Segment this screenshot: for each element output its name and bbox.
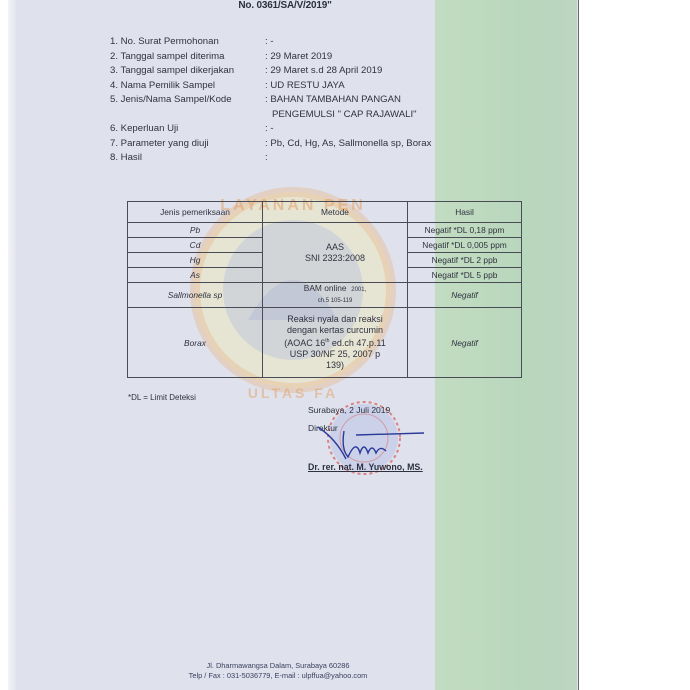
cell-hasil: Negatif *DL 2 ppb bbox=[408, 253, 522, 268]
table-row: Borax Reaksi nyala dan reaksi dengan ker… bbox=[128, 308, 522, 378]
method-line: Reaksi nyala dan reaksi bbox=[265, 314, 405, 325]
page-footer: Jl. Dharmawangsa Dalam, Surabaya 60286 T… bbox=[8, 661, 548, 680]
info-label: 2. Tanggal sampel diterima bbox=[110, 50, 224, 65]
info-value: : bbox=[265, 151, 268, 166]
table-row: Pb AAS SNI 2323:2008 Negatif *DL 0,18 pp… bbox=[128, 223, 522, 238]
info-label: 5. Jenis/Nama Sampel/Kode bbox=[110, 93, 232, 108]
cell-jenis: Borax bbox=[128, 308, 263, 378]
cell-jenis: Hg bbox=[128, 253, 263, 268]
info-label: 6. Keperluan Uji bbox=[110, 122, 178, 137]
info-value: : 29 Maret s.d 28 April 2019 bbox=[265, 64, 382, 79]
info-value: : - bbox=[265, 122, 274, 137]
method-bam: BAM online bbox=[304, 283, 347, 293]
cell-jenis: Sallmonella sp bbox=[128, 283, 263, 308]
info-label: 8. Hasil bbox=[110, 151, 142, 166]
info-value: : UD RESTU JAYA bbox=[265, 79, 345, 94]
page-edge bbox=[8, 0, 16, 690]
cell-hasil: Negatif *DL 5 ppb bbox=[408, 268, 522, 283]
method-line: (AOAC 16th ed.ch 47.p.11 bbox=[265, 336, 405, 349]
method-bam-chapter: ch.5 105-119 bbox=[265, 296, 405, 307]
cell-jenis: Pb bbox=[128, 223, 263, 238]
cell-metode: Reaksi nyala dan reaksi dengan kertas cu… bbox=[263, 308, 408, 378]
info-value: : - bbox=[265, 35, 274, 50]
info-label: 4. Nama Pemilik Sampel bbox=[110, 79, 215, 94]
signature-city-date: Surabaya, 2 Juli 2019 bbox=[308, 405, 390, 415]
footnote: *DL = Limit Deteksi bbox=[128, 393, 196, 402]
header-metode: Metode bbox=[263, 202, 408, 223]
document-number: No. 0361/SA/V/2019" bbox=[0, 0, 570, 11]
cell-hasil: Negatif bbox=[408, 308, 522, 378]
header-jenis: Jenis pemeriksaan bbox=[128, 202, 263, 223]
cell-hasil: Negatif *DL 0,005 ppm bbox=[408, 238, 522, 253]
results-table: Jenis pemeriksaan Metode Hasil Pb AAS SN… bbox=[127, 201, 522, 378]
cell-hasil: Negatif *DL 0,18 ppm bbox=[408, 223, 522, 238]
footer-address: Jl. Dharmawangsa Dalam, Surabaya 60286 bbox=[8, 661, 548, 671]
signatory-name: Dr. rer. nat. M. Yuwono, MS. bbox=[308, 462, 423, 472]
info-value: PENGEMULSI " CAP RAJAWALI" bbox=[272, 108, 417, 123]
method-sni: SNI 2323:2008 bbox=[265, 253, 405, 264]
info-label: 7. Parameter yang diuji bbox=[110, 137, 209, 152]
info-label: 1. No. Surat Permohonan bbox=[110, 35, 219, 50]
method-line: USP 30/NF 25, 2007 p bbox=[265, 349, 405, 360]
method-aas: AAS bbox=[265, 242, 405, 253]
method-line: dengan kertas curcumin bbox=[265, 325, 405, 336]
footer-contact: Telp / Fax : 031-5036779, E-mail : ulpff… bbox=[8, 671, 548, 681]
info-label: 3. Tanggal sampel dikerjakan bbox=[110, 64, 234, 79]
table-row: Sallmonella sp BAM online 2001, ch.5 105… bbox=[128, 283, 522, 308]
info-value: : BAHAN TAMBAHAN PANGAN bbox=[265, 93, 401, 108]
method-bam-year: 2001, bbox=[351, 287, 366, 293]
info-value: : 29 Maret 2019 bbox=[265, 50, 332, 65]
table-header-row: Jenis pemeriksaan Metode Hasil bbox=[128, 202, 522, 223]
method-line: 139) bbox=[265, 360, 405, 371]
cell-hasil: Negatif bbox=[408, 283, 522, 308]
cell-metode-shared: AAS SNI 2323:2008 bbox=[263, 223, 408, 283]
document-page: No. 0361/SA/V/2019" LAYANAN PEN ULTAS FA… bbox=[8, 0, 579, 690]
signature-scribble-icon bbox=[316, 419, 426, 464]
header-hasil: Hasil bbox=[408, 202, 522, 223]
cell-jenis: Cd bbox=[128, 238, 263, 253]
info-value: : Pb, Cd, Hg, As, Sallmonella sp, Borax bbox=[265, 137, 431, 152]
cell-jenis: As bbox=[128, 268, 263, 283]
cell-metode: BAM online 2001, ch.5 105-119 bbox=[263, 283, 408, 308]
